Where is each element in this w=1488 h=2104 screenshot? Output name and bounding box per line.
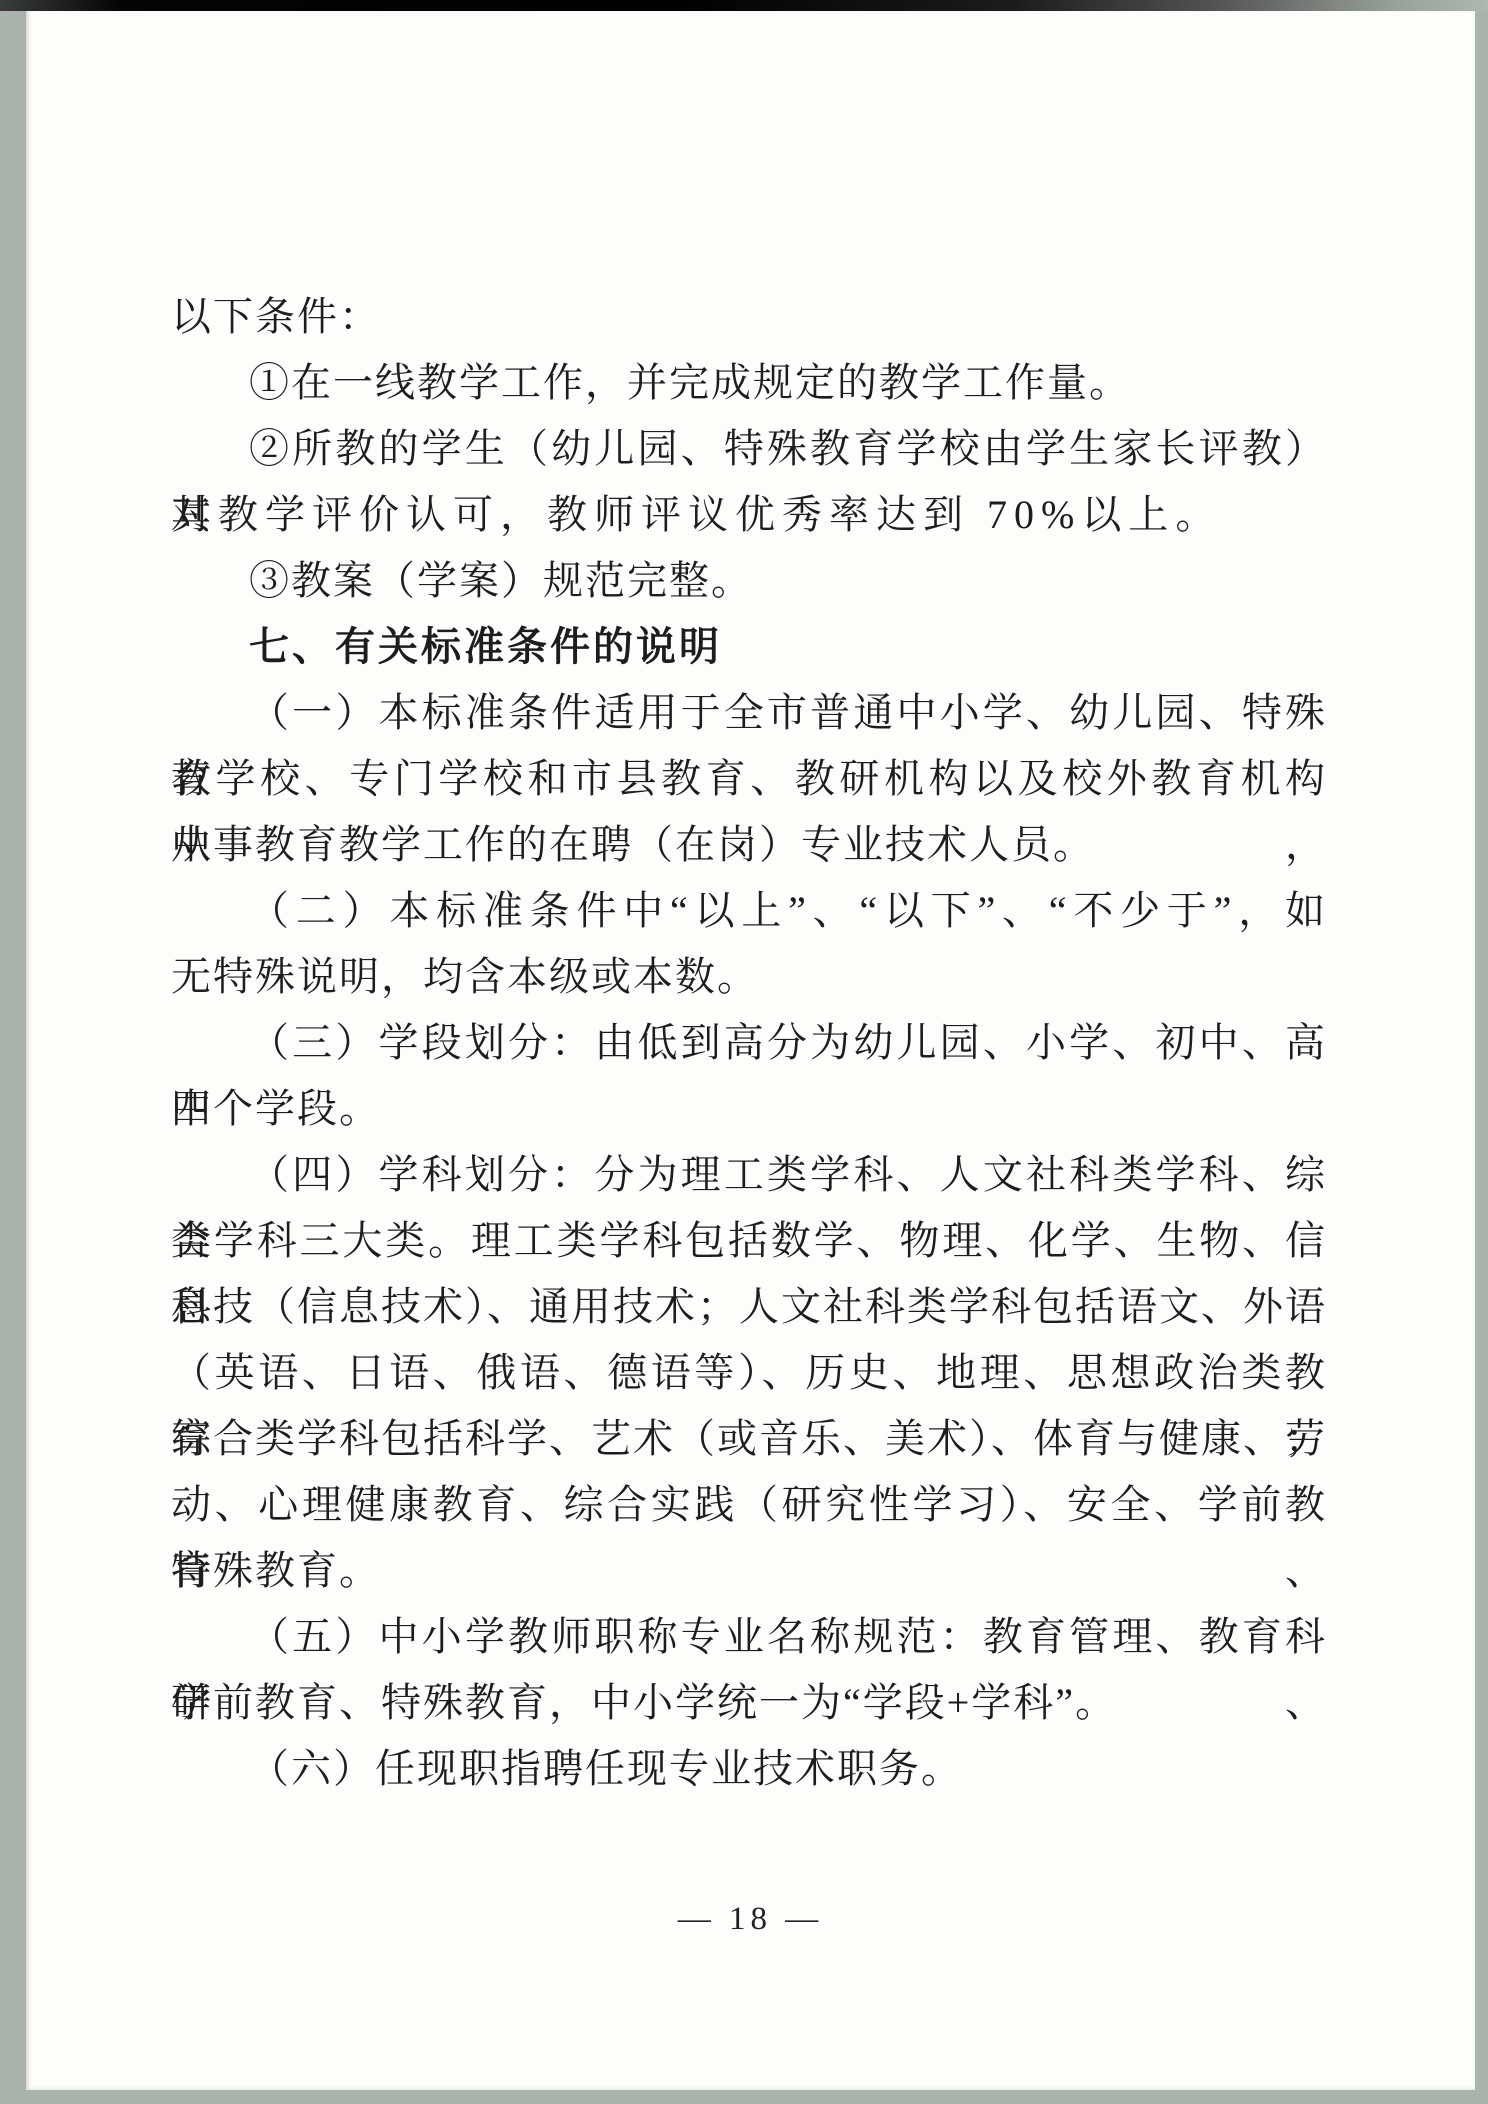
document-body: 以下条件： ①在一线教学工作，并完成规定的教学工作量。 ②所教的学生（幼儿园、特… <box>171 284 1327 1802</box>
body-line: ③教案（学案）规范完整。 <box>171 548 1327 614</box>
scan-artifact-top-strip <box>0 0 1488 11</box>
body-line: （六）任现职指聘任现专业技术职务。 <box>171 1736 1327 1802</box>
body-line: 以下条件： <box>171 284 1327 350</box>
body-line: 类学科三大类。理工类学科包括数学、物理、化学、生物、信息 <box>171 1208 1327 1274</box>
page-number: — 18 — <box>26 1901 1475 1938</box>
document-page: 以下条件： ①在一线教学工作，并完成规定的教学工作量。 ②所教的学生（幼儿园、特… <box>26 8 1475 2090</box>
body-line: ①在一线教学工作，并完成规定的教学工作量。 <box>171 350 1327 416</box>
body-line: 动、心理健康教育、综合实践（研究性学习）、安全、学前教育、 <box>171 1472 1327 1538</box>
body-line: （四）学科划分：分为理工类学科、人文社科类学科、综合 <box>171 1142 1327 1208</box>
body-line: 四个学段。 <box>171 1076 1327 1142</box>
body-line: 无特殊说明，均含本级或本数。 <box>171 944 1327 1010</box>
body-line: （二）本标准条件中“以上”、“以下”、“不少于”，如 <box>171 878 1327 944</box>
section-heading: 七、有关标准条件的说明 <box>171 614 1327 680</box>
body-line: 其教学评价认可，教师评议优秀率达到 70%以上。 <box>171 482 1327 548</box>
body-line: 综合类学科包括科学、艺术（或音乐、美术）、体育与健康、劳 <box>171 1406 1327 1472</box>
body-line: 育学校、专门学校和市县教育、教研机构以及校外教育机构中， <box>171 746 1327 812</box>
body-line: （一）本标准条件适用于全市普通中小学、幼儿园、特殊教 <box>171 680 1327 746</box>
body-line: （三）学段划分：由低到高分为幼儿园、小学、初中、高中 <box>171 1010 1327 1076</box>
body-line: （英语、日语、俄语、德语等）、历史、地理、思想政治类教育； <box>171 1340 1327 1406</box>
body-line: （五）中小学教师职称专业名称规范：教育管理、教育科研、 <box>171 1604 1327 1670</box>
body-line: ②所教的学生（幼儿园、特殊教育学校由学生家长评教）对 <box>171 416 1327 482</box>
body-line: 科技（信息技术）、通用技术；人文社科类学科包括语文、外语 <box>171 1274 1327 1340</box>
